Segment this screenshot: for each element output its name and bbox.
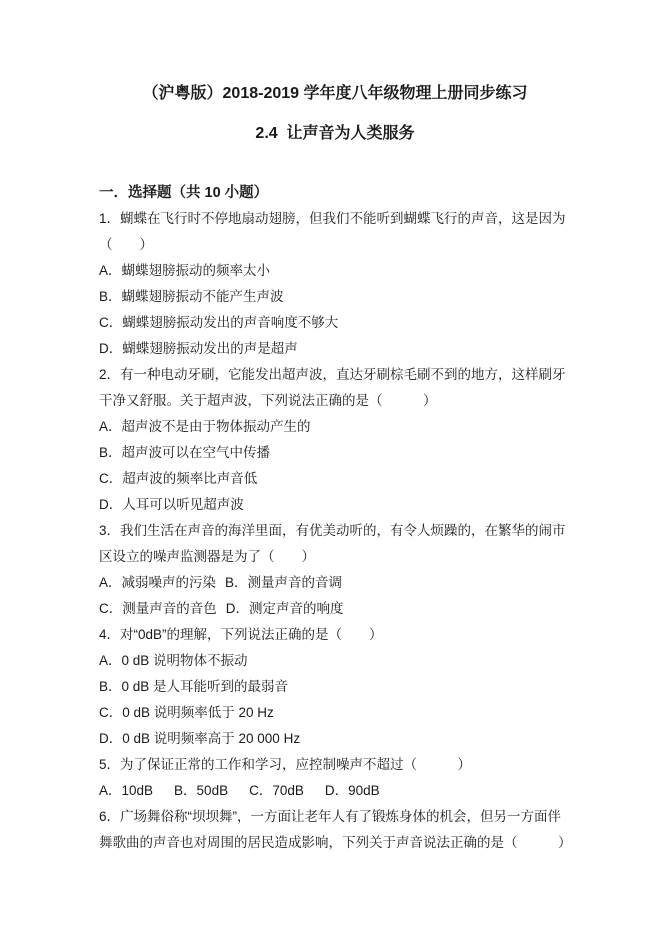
question-5-stem: 5．为了保证正常的工作和学习，应控制噪声不超过（ ）	[99, 752, 571, 778]
question-2-option-b: B．超声波可以在空气中传播	[99, 440, 571, 466]
question-4-stem: 4．对“0dB”的理解，下列说法正确的是（ ）	[99, 622, 571, 648]
page-title: （沪粤版）2018-2019 学年度八年级物理上册同步练习	[99, 84, 571, 104]
question-1-option-d: D．蝴蝶翅膀振动发出的声是超声	[99, 336, 571, 362]
question-2-option-d: D．人耳可以听见超声波	[99, 492, 571, 518]
question-4-option-d: D．0 dB 说明频率高于 20 000 Hz	[99, 726, 571, 752]
question-4-option-a: A．0 dB 说明物体不振动	[99, 648, 571, 674]
question-5-options: A．10dBB．50dBC．70dBD．90dB	[99, 778, 571, 804]
question-1-option-b: B．蝴蝶翅膀振动不能产生声波	[99, 284, 571, 310]
question-3-option-c: C．测量声音的音色	[99, 601, 217, 616]
question-1-stem: 1．蝴蝶在飞行时不停地扇动翅膀，但我们不能听到蝴蝶飞行的声音，这是因为 （ ）	[99, 206, 571, 258]
question-2-stem: 2．有一种电动牙刷，它能发出超声波，直达牙刷棕毛刷不到的地方，这样刷牙 干净又舒…	[99, 362, 571, 414]
question-2-option-a: A．超声波不是由于物体振动产生的	[99, 414, 571, 440]
question-6-stem: 6．广场舞俗称“坝坝舞”，一方面让老年人有了锻炼身体的机会，但另一方面伴 舞歌曲…	[99, 804, 571, 856]
question-1-option-a: A．蝴蝶翅膀振动的频率太小	[99, 258, 571, 284]
question-5-option-b: B．50dB	[174, 783, 228, 798]
question-3-stem: 3．我们生活在声音的海洋里面，有优美动听的，有令人烦躁的，在繁华的闹市 区设立的…	[99, 518, 571, 570]
question-3-options-cd: C．测量声音的音色D．测定声音的响度	[99, 596, 571, 622]
question-3-option-b: B．测量声音的音调	[225, 575, 342, 590]
worksheet-page: （沪粤版）2018-2019 学年度八年级物理上册同步练习 2.4 让声音为人类…	[0, 0, 661, 935]
question-3-option-a: A．减弱噪声的污染	[99, 575, 216, 590]
question-3-options-ab: A．减弱噪声的污染B．测量声音的音调	[99, 570, 571, 596]
page-subtitle: 2.4 让声音为人类服务	[99, 124, 571, 144]
question-1-option-c: C．蝴蝶翅膀振动发出的声音响度不够大	[99, 310, 571, 336]
question-3-option-d: D．测定声音的响度	[226, 601, 344, 616]
question-2-option-c: C．超声波的频率比声音低	[99, 466, 571, 492]
question-5-option-a: A．10dB	[99, 783, 153, 798]
section-heading: 一．选择题（共 10 小题）	[99, 180, 571, 206]
question-5-option-c: C．70dB	[249, 783, 304, 798]
question-5-option-d: D．90dB	[325, 783, 380, 798]
question-4-option-c: C．0 dB 说明频率低于 20 Hz	[99, 700, 571, 726]
question-4-option-b: B．0 dB 是人耳能听到的最弱音	[99, 674, 571, 700]
